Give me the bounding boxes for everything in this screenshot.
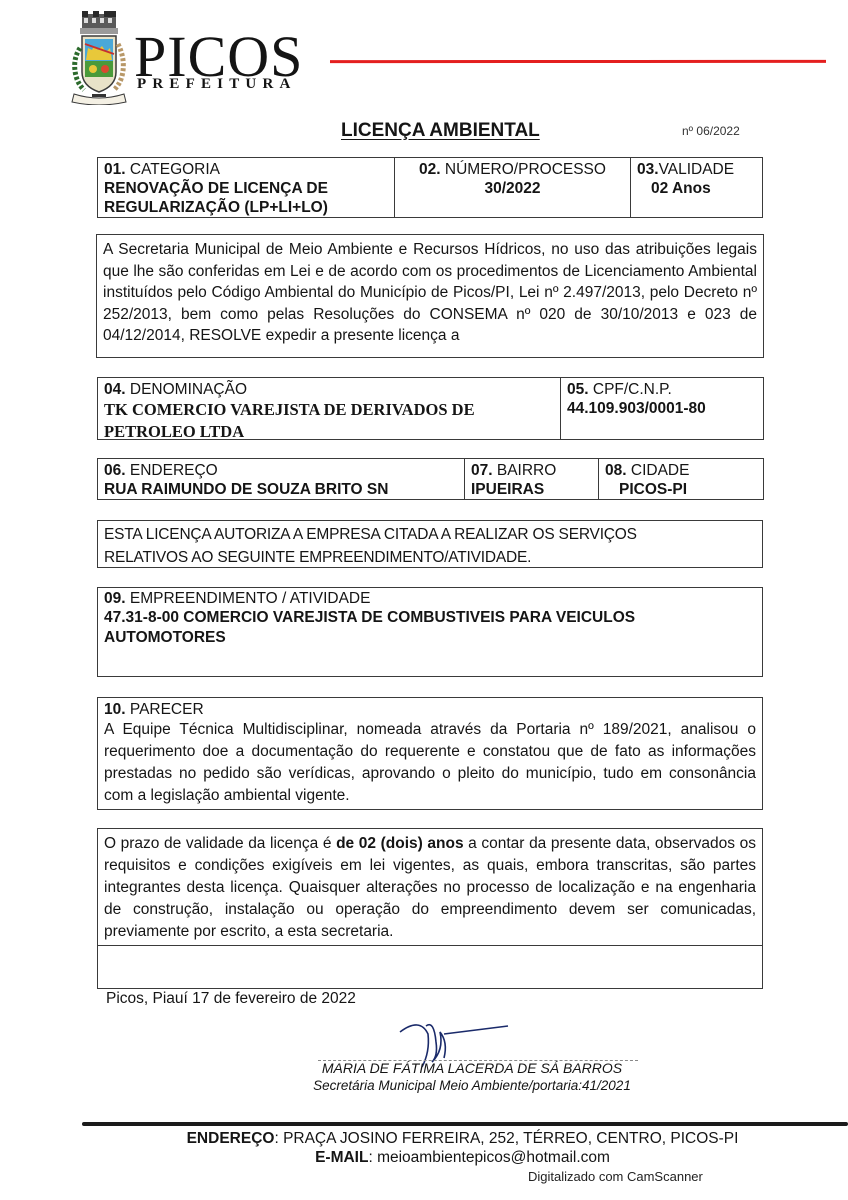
parecer-box: 10. PARECER A Equipe Técnica Multidiscip… bbox=[97, 697, 763, 810]
field-label: 03.VALIDADE bbox=[637, 161, 756, 179]
footer-address: ENDEREÇO: PRAÇA JOSINO FERREIRA, 252, TÉ… bbox=[90, 1130, 835, 1148]
field-label: 09. EMPREENDIMENTO / ATIVIDADE bbox=[104, 590, 756, 608]
email-label: E-MAIL bbox=[315, 1149, 368, 1166]
field-label-text: EMPREENDIMENTO / ATIVIDADE bbox=[130, 590, 371, 607]
field-number: 08. bbox=[605, 462, 627, 479]
preamble-box: A Secretaria Municipal de Meio Ambiente … bbox=[96, 234, 764, 358]
field-cpf-cnpj: 05. CPF/C.N.P. 44.109.903/0001-80 bbox=[560, 378, 763, 439]
field-label-text: ENDEREÇO bbox=[130, 462, 218, 479]
field-number: 09. bbox=[104, 590, 126, 607]
date-line: Picos, Piauí 17 de fevereiro de 2022 bbox=[106, 990, 356, 1008]
field-number: 07. bbox=[471, 462, 493, 479]
field-categoria: 01. CATEGORIA RENOVAÇÃO DE LICENÇA DE RE… bbox=[98, 158, 394, 217]
denominacao-value: TK COMERCIO VAREJISTA DE DERIVADOS DE PE… bbox=[104, 399, 524, 443]
field-number: 03. bbox=[637, 161, 659, 178]
signer-name: MARIA DE FÁTIMA LACERDA DE SÁ BARROS bbox=[292, 1060, 652, 1076]
brand-subtitle: PREFEITURA bbox=[137, 76, 297, 93]
field-endereco: 06. ENDEREÇO RUA RAIMUNDO DE SOUZA BRITO… bbox=[98, 459, 464, 499]
row-endereco-bairro-cidade: 06. ENDEREÇO RUA RAIMUNDO DE SOUZA BRITO… bbox=[97, 458, 764, 500]
field-validade: 03.VALIDADE 02 Anos bbox=[630, 158, 762, 217]
atividade-box: 09. EMPREENDIMENTO / ATIVIDADE 47.31-8-0… bbox=[97, 587, 763, 677]
field-label: 07. BAIRRO bbox=[471, 462, 592, 480]
atividade-value: 47.31-8-00 COMERCIO VAREJISTA DE COMBUST… bbox=[104, 608, 724, 648]
field-label-text: CIDADE bbox=[631, 462, 690, 479]
categoria-value: RENOVAÇÃO DE LICENÇA DE REGULARIZAÇÃO (L… bbox=[104, 179, 388, 217]
field-number: 05. bbox=[567, 381, 589, 398]
field-number: 02. bbox=[419, 161, 441, 178]
email-value[interactable]: : meioambientepicos@hotmail.com bbox=[368, 1149, 609, 1166]
field-label-text: NÚMERO/PROCESSO bbox=[445, 161, 606, 178]
signer-role: Secretária Municipal Meio Ambiente/porta… bbox=[292, 1078, 652, 1093]
field-label-text: BAIRRO bbox=[497, 462, 556, 479]
row-categoria-processo-validade: 01. CATEGORIA RENOVAÇÃO DE LICENÇA DE RE… bbox=[97, 157, 763, 218]
field-number: 04. bbox=[104, 381, 126, 398]
field-label: 06. ENDEREÇO bbox=[104, 462, 458, 480]
field-label: 04. DENOMINAÇÃO bbox=[104, 381, 554, 399]
validade-value: 02 Anos bbox=[637, 179, 756, 199]
field-label: 02. NÚMERO/PROCESSO bbox=[401, 161, 624, 179]
validity-text-before: O prazo de validade da licença é bbox=[104, 835, 336, 852]
address-label: ENDEREÇO bbox=[187, 1130, 275, 1147]
authorization-box: ESTA LICENÇA AUTORIZA A EMPRESA CITADA A… bbox=[97, 520, 763, 568]
field-label-text: DENOMINAÇÃO bbox=[130, 381, 247, 398]
empty-notes-box bbox=[97, 945, 763, 989]
header-red-rule bbox=[330, 60, 826, 63]
field-processo: 02. NÚMERO/PROCESSO 30/2022 bbox=[394, 158, 630, 217]
row-denominacao-cnpj: 04. DENOMINAÇÃO TK COMERCIO VAREJISTA DE… bbox=[97, 377, 764, 440]
address-value: : PRAÇA JOSINO FERREIRA, 252, TÉRREO, CE… bbox=[274, 1130, 738, 1147]
cnpj-value: 44.109.903/0001-80 bbox=[567, 399, 757, 419]
endereco-value: RUA RAIMUNDO DE SOUZA BRITO SN bbox=[104, 480, 458, 500]
field-bairro: 07. BAIRRO IPUEIRAS bbox=[464, 459, 598, 499]
field-label: 10. PARECER bbox=[98, 698, 762, 719]
validity-text-bold: de 02 (dois) anos bbox=[336, 835, 463, 852]
field-number: 01. bbox=[104, 161, 126, 178]
scanner-watermark: Digitalizado com CamScanner bbox=[528, 1169, 703, 1184]
field-denominacao: 04. DENOMINAÇÃO TK COMERCIO VAREJISTA DE… bbox=[98, 378, 560, 439]
field-cidade: 08. CIDADE PICOS-PI bbox=[598, 459, 763, 499]
field-label: 08. CIDADE bbox=[605, 462, 757, 480]
parecer-text: A Equipe Técnica Multidisciplinar, nomea… bbox=[98, 719, 762, 811]
field-number: 10. bbox=[104, 701, 126, 718]
coat-of-arms-icon bbox=[68, 10, 130, 105]
document-title: LICENÇA AMBIENTAL bbox=[341, 120, 540, 142]
footer-email: E-MAIL: meioambientepicos@hotmail.com bbox=[90, 1149, 835, 1167]
processo-value: 30/2022 bbox=[401, 179, 624, 199]
cidade-value: PICOS-PI bbox=[605, 480, 757, 500]
field-number: 06. bbox=[104, 462, 126, 479]
field-label-text: VALIDADE bbox=[659, 161, 735, 178]
field-label: 05. CPF/C.N.P. bbox=[567, 381, 757, 399]
field-label-text: CPF/C.N.P. bbox=[593, 381, 672, 398]
field-label-text: PARECER bbox=[130, 701, 204, 718]
footer-rule bbox=[82, 1122, 848, 1126]
field-label-text: CATEGORIA bbox=[130, 161, 220, 178]
bairro-value: IPUEIRAS bbox=[471, 480, 592, 500]
validity-box: O prazo de validade da licença é de 02 (… bbox=[97, 828, 763, 946]
field-label: 01. CATEGORIA bbox=[104, 161, 388, 179]
document-number: nº 06/2022 bbox=[682, 124, 740, 138]
